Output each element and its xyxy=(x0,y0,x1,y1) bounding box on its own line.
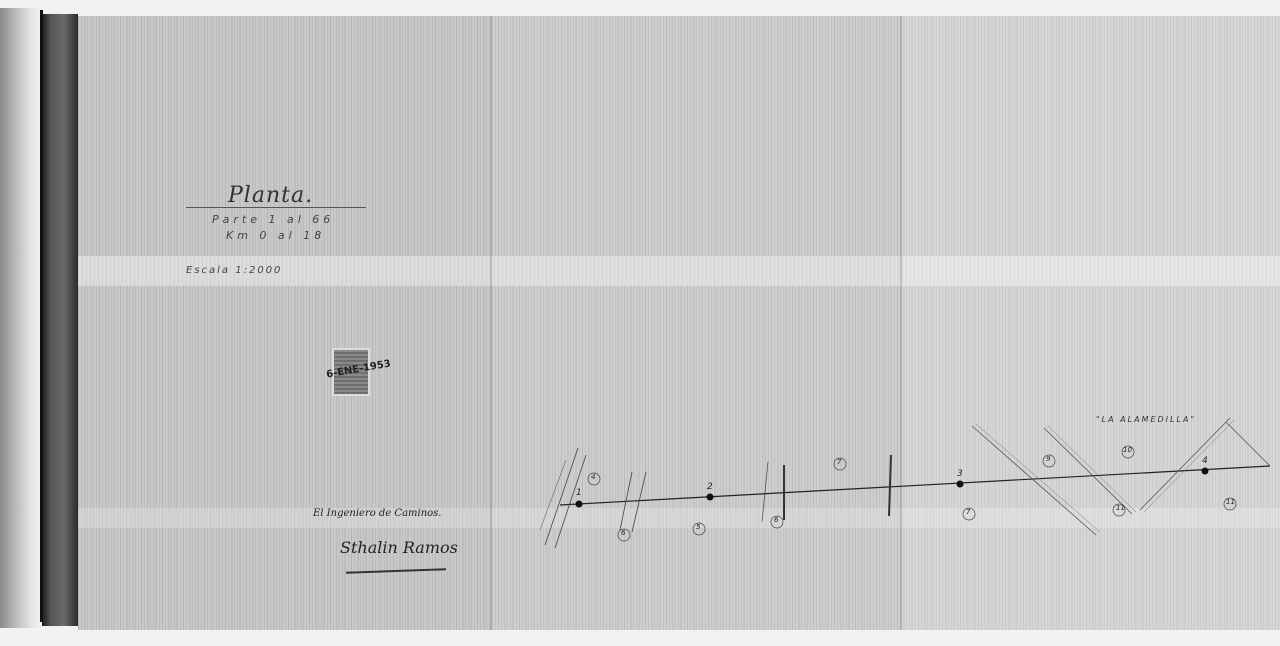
parcel-number: 6 xyxy=(774,516,778,524)
parcel-number: 11 xyxy=(1226,498,1235,506)
parcel-number: 9 xyxy=(1046,455,1050,463)
parcel-number: 7 xyxy=(837,458,841,466)
station-label: 4 xyxy=(1202,456,1208,466)
road-alignment-drawing xyxy=(0,0,1280,646)
station-label: 3 xyxy=(957,469,963,479)
parcel-number: 11 xyxy=(1116,504,1125,512)
parcel-number: 4 xyxy=(591,473,595,481)
parcel-number: 7 xyxy=(966,508,970,516)
station-label: 1 xyxy=(576,488,582,498)
place-name-label: "LA ALAMEDILLA" xyxy=(1096,415,1196,424)
station-label: 2 xyxy=(707,482,713,492)
parcel-number: 6 xyxy=(621,529,625,537)
parcel-number: 5 xyxy=(696,523,700,531)
parcel-number: 10 xyxy=(1123,446,1132,454)
